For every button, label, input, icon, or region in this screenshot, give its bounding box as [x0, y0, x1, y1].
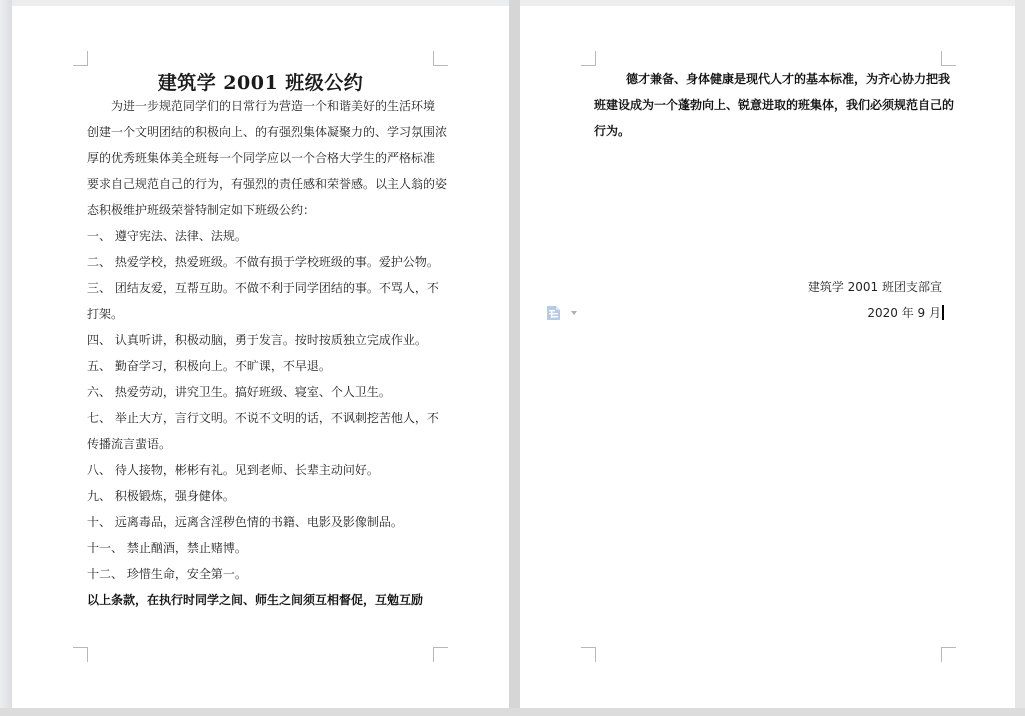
rule-item: 七、 举止大方，言行文明。不说不文明的话，不讽刺挖苦他人，不 [87, 410, 439, 426]
intro-line: 态积极维护班级荣誉特制定如下班级公约： [87, 202, 315, 218]
margin-corner-mark [581, 647, 596, 662]
rule-item: 传播流言蜚语。 [87, 436, 171, 452]
workspace-left [0, 0, 12, 716]
document-page-1[interactable]: 建筑学 2001 班级公约 为进一步规范同学们的日常行为营造一个和谐美好的生活环… [12, 6, 509, 708]
document-title: 建筑学 2001 班级公约 [12, 68, 509, 95]
paste-options-icon[interactable] [546, 305, 562, 321]
margin-corner-mark [433, 647, 448, 662]
closing-paragraph-continued: 德才兼备、身体健康是现代人才的基本标准，为齐心协力把我 [626, 71, 950, 87]
rule-item: 五、 勤奋学习，积极向上。不旷课，不早退。 [87, 358, 331, 374]
rule-item: 六、 热爱劳动，讲究卫生。搞好班级、寝室、个人卫生。 [87, 384, 391, 400]
signature-line: 建筑学 2001 班团支部宣 [720, 279, 942, 295]
rule-item: 四、 认真听讲，积极动脑，勇于发言。按时按质独立完成作业。 [87, 332, 427, 348]
rule-item: 一、 遵守宪法、法律、法规。 [87, 228, 247, 244]
rule-item: 二、 热爱学校，热爱班级。不做有损于学校班级的事。爱护公物。 [87, 254, 439, 270]
margin-corner-mark [73, 647, 88, 662]
workspace-bottom [0, 708, 1025, 716]
intro-line: 厚的优秀班集体美全班每一个同学应以一个合格大学生的严格标准 [87, 150, 435, 166]
rule-item: 十二、 珍惜生命，安全第一。 [87, 566, 247, 582]
date-text: 2020 年 9 月 [867, 306, 941, 320]
document-page-2[interactable]: 德才兼备、身体健康是现代人才的基本标准，为齐心协力把我 班建设成为一个蓬勃向上、… [520, 6, 1015, 708]
rule-item: 十一、 禁止酗酒，禁止赌博。 [87, 540, 247, 556]
rule-item: 八、 待人接物，彬彬有礼。见到老师、长辈主动问好。 [87, 462, 379, 478]
margin-corner-mark [941, 647, 956, 662]
margin-corner-mark [941, 51, 956, 66]
intro-line: 创建一个文明团结的积极向上、的有强烈集体凝聚力的、学习氛围浓 [87, 124, 447, 140]
margin-corner-mark [581, 51, 596, 66]
closing-paragraph-continued: 班建设成为一个蓬勃向上、锐意进取的班集体，我们必须规范自己的 [594, 97, 954, 113]
rule-item: 三、 团结友爱，互帮互助。不做不利于同学团结的事。不骂人，不 [87, 280, 439, 296]
closing-paragraph-continued: 行为。 [594, 123, 630, 139]
rule-item: 九、 积极锻炼，强身健体。 [87, 488, 235, 504]
margin-corner-mark [73, 51, 88, 66]
text-cursor [942, 305, 944, 320]
intro-line: 为进一步规范同学们的日常行为营造一个和谐美好的生活环境 [111, 98, 435, 114]
date-line: 2020 年 9 月 [720, 305, 944, 321]
rule-item: 十、 远离毒品，远离含淫秽色情的书籍、电影及影像制品。 [87, 514, 403, 530]
page-gap [509, 0, 520, 716]
margin-corner-mark [433, 51, 448, 66]
workspace-right [1015, 0, 1025, 716]
rule-item: 打架。 [87, 306, 123, 322]
intro-line: 要求自己规范自己的行为，有强烈的责任感和荣誉感。以主人翁的姿 [87, 176, 447, 192]
closing-paragraph: 以上条款，在执行时同学之间、师生之间须互相督促，互勉互励 [87, 592, 423, 608]
chevron-down-icon[interactable] [571, 311, 577, 315]
